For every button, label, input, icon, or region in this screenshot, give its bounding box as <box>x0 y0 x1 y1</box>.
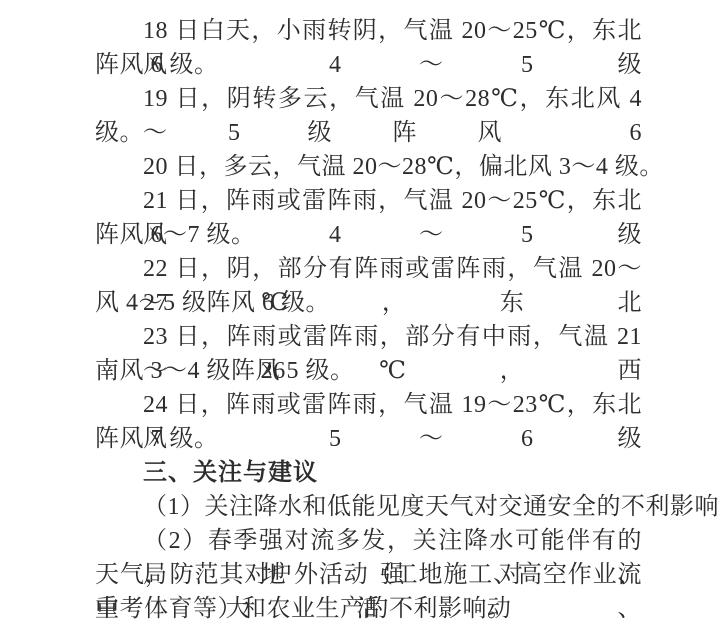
document-body: 18 日白天，小雨转阴，气温 20～25℃，东北风 4～5 级阵风 6 级。19… <box>0 0 720 626</box>
text-line: 22 日，阴，部分有阵雨或雷阵雨，气温 20～27℃，东北 <box>95 252 642 286</box>
text-line: 23 日，阵雨或雷阵雨，部分有中雨，气温 21～26℃，西 <box>95 320 642 354</box>
text-line: 24 日，阵雨或雷阵雨，气温 19～23℃，东北风 5～6 级 <box>95 388 642 422</box>
text-line: （1）关注降水和低能见度天气对交通安全的不利影响。 <box>95 490 642 524</box>
text-line: 18 日白天，小雨转阴，气温 20～25℃，东北风 4～5 级 <box>95 14 642 48</box>
text-line: （2）春季强对流多发，关注降水可能伴有的局地强对流 <box>95 524 642 558</box>
section-heading: 三、关注与建议 <box>95 456 642 490</box>
text-line: 天气，防范其对户外活动（工地施工、高空作业、重大活动、 <box>95 558 642 592</box>
text-line: 20 日，多云，气温 20～28℃，偏北风 3～4 级。 <box>95 150 642 184</box>
text-line: 19 日，阴转多云，气温 20～28℃，东北风 4～5 级阵风 6 <box>95 82 642 116</box>
document-page: 18 日白天，小雨转阴，气温 20～25℃，东北风 4～5 级阵风 6 级。19… <box>0 0 720 631</box>
text-line: 21 日，阵雨或雷阵雨，气温 20～25℃，东北风 4～5 级 <box>95 184 642 218</box>
